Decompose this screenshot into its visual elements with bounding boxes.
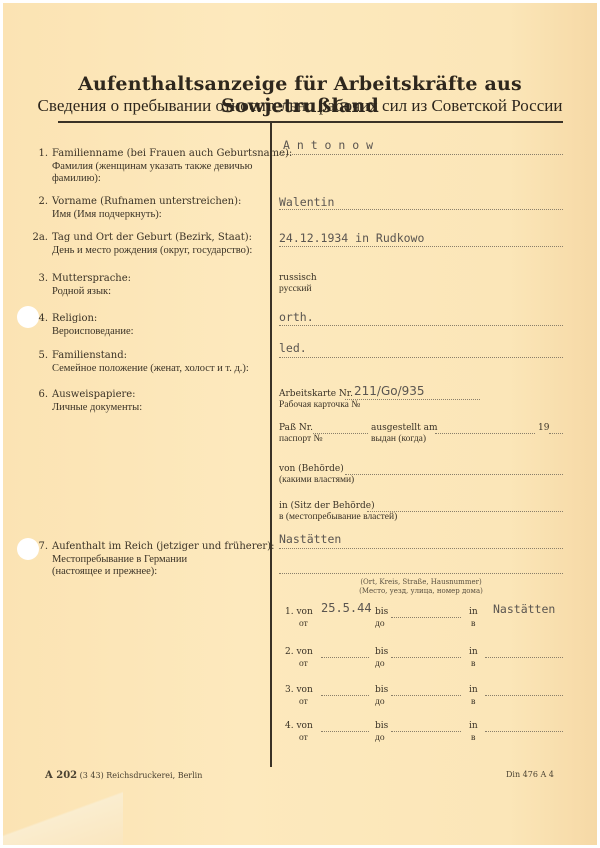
label-mother-tongue: 3.Muttersprache: Родной язык: [28, 273, 131, 298]
header-rule [58, 121, 563, 123]
passport-line [313, 433, 368, 434]
document-page: Aufenthaltsanzeige für Arbeitskräfte aus… [3, 3, 597, 845]
page-fold [3, 785, 123, 845]
label-marital-status: 5.Familienstand: Семейное положение (жен… [28, 350, 249, 375]
issued-label: ausgestellt am выдан (когда) [371, 423, 438, 445]
label-birth: 2a.Tag und Ort der Geburt (Bezirk, Staat… [28, 232, 252, 257]
issued-line [435, 433, 535, 434]
row1-from-value[interactable]: 25.5.44 [321, 601, 372, 615]
authority-seat-line [367, 511, 563, 512]
year-line [549, 433, 563, 434]
marital-status-value[interactable]: led. [279, 341, 307, 355]
birth-line [279, 246, 563, 247]
firstname-line [279, 209, 563, 210]
religion-line [279, 325, 563, 326]
work-card-label: Arbeitskarte Nr. Рабочая карточка № [279, 389, 360, 411]
address-hint: (Ort, Kreis, Straße, Hausnummer) (Место,… [279, 578, 563, 596]
marital-status-line [279, 357, 563, 358]
authority-line [345, 474, 563, 475]
passport-label: Paß Nr. паспорт № [279, 423, 323, 445]
surname-line [279, 154, 563, 155]
residence-line-2 [279, 573, 563, 574]
residence-value[interactable]: Nastätten [279, 532, 341, 546]
religion-value[interactable]: orth. [279, 310, 314, 324]
authority-label: von (Behörde) (какими властями) [279, 464, 354, 486]
label-residence: 7.Aufenthalt im Reich (jetziger und früh… [28, 541, 274, 579]
birth-value[interactable]: 24.12.1934 in Rudkowo [279, 231, 424, 245]
work-card-value[interactable]: 211/Go/935 [354, 384, 425, 398]
authority-seat-label: in (Sitz der Behörde) в (местопребывание… [279, 501, 397, 523]
label-religion: 4.Religion: Вероисповедание: [28, 313, 134, 338]
year-prefix: 19 [538, 423, 549, 434]
din-format: Din 476 A 4 [506, 770, 554, 779]
form-subtitle: Сведения о пребывании относительно рабоч… [3, 96, 597, 116]
form-number: A 202 (3 43) Reichsdruckerei, Berlin [45, 770, 202, 781]
work-card-line [345, 399, 480, 400]
label-surname: 1.Familienname (bei Frauen auch Geburtsn… [28, 148, 292, 186]
column-divider [270, 122, 272, 767]
surname-value[interactable]: A n t o n o w [283, 138, 373, 152]
label-firstname: 2.Vorname (Rufnamen unterstreichen): Имя… [28, 196, 241, 221]
label-id-papers: 6.Ausweispapiere: Личные документы: [28, 389, 142, 414]
firstname-value[interactable]: Walentin [279, 195, 334, 209]
row1-place-value[interactable]: Nastätten [493, 602, 555, 616]
mother-tongue-value: russisch русский [279, 273, 317, 295]
residence-line-1 [279, 548, 563, 549]
